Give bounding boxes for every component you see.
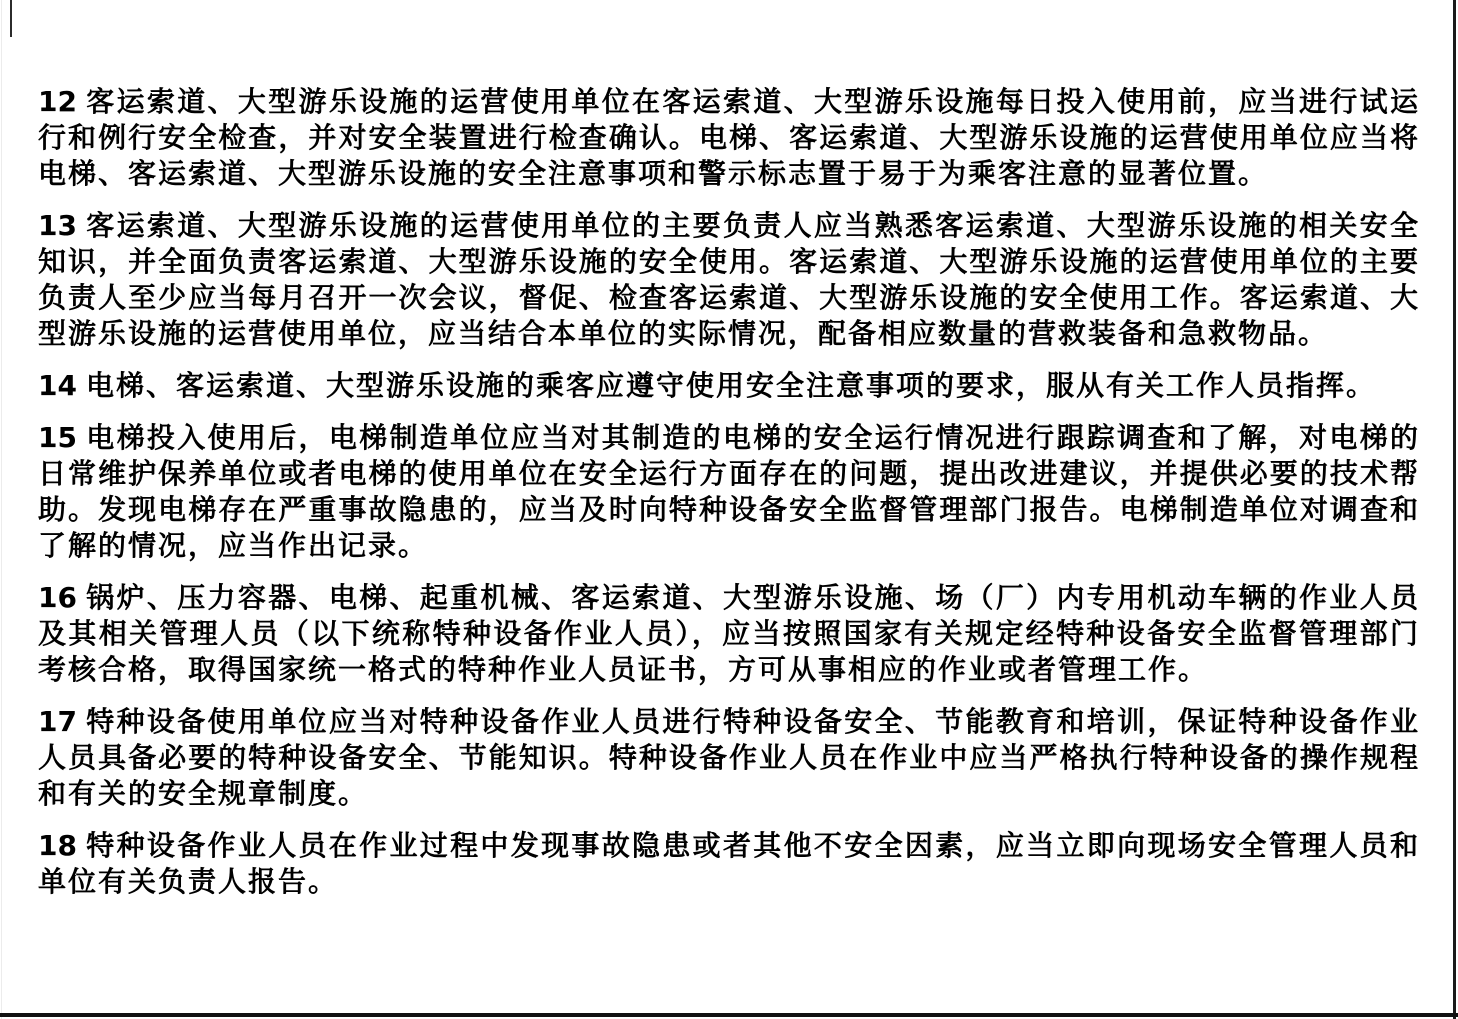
clause-text: 电梯、客运索道、大型游乐设施的乘客应遵守使用安全注意事项的要求，服从有关工作人员… bbox=[86, 369, 1376, 402]
clause-number: 16 bbox=[38, 581, 77, 614]
clause-text: 锅炉、压力容器、电梯、起重机械、客运索道、大型游乐设施、场（厂）内专用机动车辆的… bbox=[38, 581, 1420, 686]
clause-number: 13 bbox=[38, 209, 77, 242]
document-page: 12客运索道、大型游乐设施的运营使用单位在客运索道、大型游乐设施每日投入使用前，… bbox=[0, 0, 1458, 1019]
clause-text: 客运索道、大型游乐设施的运营使用单位的主要负责人应当熟悉客运索道、大型游乐设施的… bbox=[38, 209, 1420, 350]
clause-number: 17 bbox=[38, 705, 77, 738]
clause-number: 14 bbox=[38, 369, 77, 402]
clause-number: 15 bbox=[38, 421, 77, 454]
clause-number: 18 bbox=[38, 829, 77, 862]
clause-text: 特种设备作业人员在作业过程中发现事故隐患或者其他不安全因素，应当立即向现场安全管… bbox=[38, 829, 1420, 898]
paragraph-clause-13: 13客运索道、大型游乐设施的运营使用单位的主要负责人应当熟悉客运索道、大型游乐设… bbox=[38, 208, 1420, 352]
paragraph-clause-18: 18特种设备作业人员在作业过程中发现事故隐患或者其他不安全因素，应当立即向现场安… bbox=[38, 828, 1420, 900]
paragraph-clause-12: 12客运索道、大型游乐设施的运营使用单位在客运索道、大型游乐设施每日投入使用前，… bbox=[38, 84, 1420, 192]
clause-text: 电梯投入使用后，电梯制造单位应当对其制造的电梯的安全运行情况进行跟踪调查和了解，… bbox=[38, 421, 1420, 562]
page-border-right bbox=[1453, 0, 1456, 1019]
paragraph-clause-15: 15电梯投入使用后，电梯制造单位应当对其制造的电梯的安全运行情况进行跟踪调查和了… bbox=[38, 420, 1420, 564]
clause-text: 客运索道、大型游乐设施的运营使用单位在客运索道、大型游乐设施每日投入使用前，应当… bbox=[38, 85, 1420, 190]
paragraph-clause-14: 14电梯、客运索道、大型游乐设施的乘客应遵守使用安全注意事项的要求，服从有关工作… bbox=[38, 368, 1420, 404]
document-content: 12客运索道、大型游乐设施的运营使用单位在客运索道、大型游乐设施每日投入使用前，… bbox=[0, 0, 1458, 916]
clause-number: 12 bbox=[38, 85, 77, 118]
clause-text: 特种设备使用单位应当对特种设备作业人员进行特种设备安全、节能教育和培训，保证特种… bbox=[38, 705, 1420, 810]
paragraph-clause-17: 17特种设备使用单位应当对特种设备作业人员进行特种设备安全、节能教育和培训，保证… bbox=[38, 704, 1420, 812]
page-border-bottom bbox=[0, 1013, 1458, 1017]
paragraph-clause-16: 16锅炉、压力容器、电梯、起重机械、客运索道、大型游乐设施、场（厂）内专用机动车… bbox=[38, 580, 1420, 688]
